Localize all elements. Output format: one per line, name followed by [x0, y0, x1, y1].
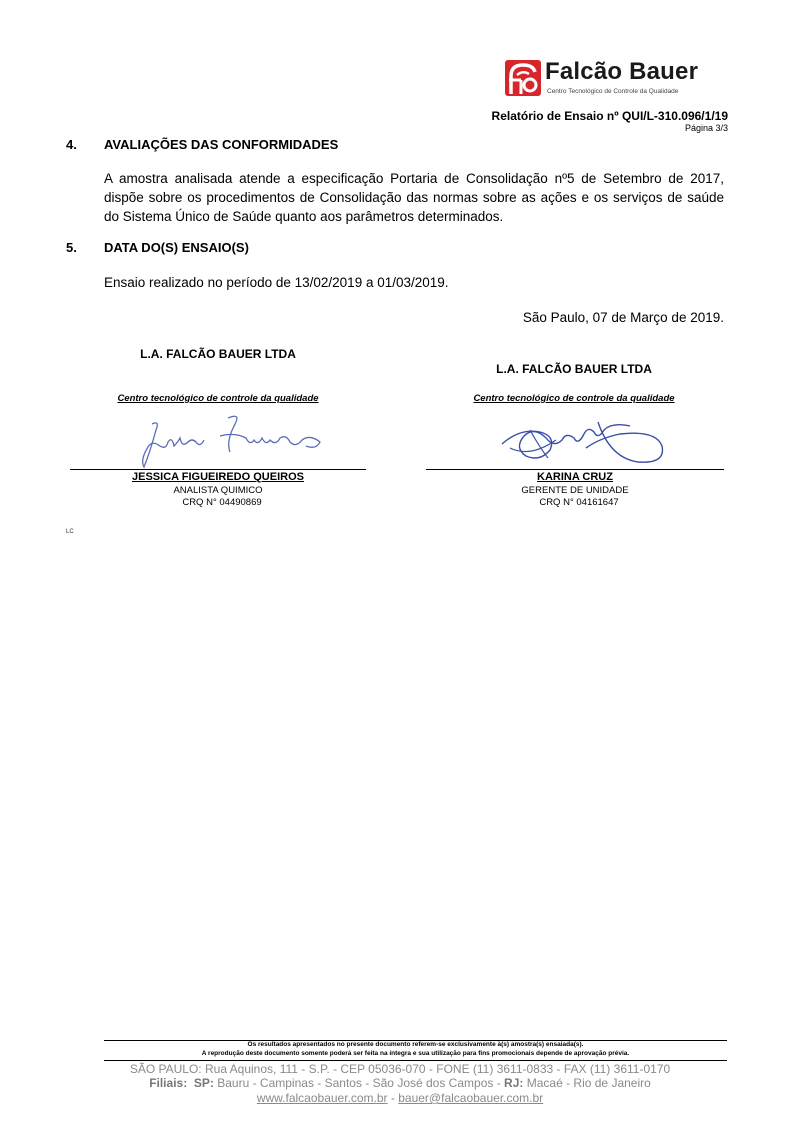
sp-label: SP:: [194, 1076, 214, 1090]
brand-tagline: Centro Tecnológico de Controle da Qualid…: [547, 88, 678, 95]
section-4-body: A amostra analisada atende a especificaç…: [104, 169, 724, 226]
company-logo: Falcão Bauer Centro Tecnológico de Contr…: [505, 60, 731, 98]
signature-1-subtitle: Centro tecnológico de controle da qualid…: [70, 393, 366, 404]
signature-1-company: L.A. FALCÃO BAUER LTDA: [70, 347, 366, 361]
footer-note-2: A reprodução deste documento somente pod…: [104, 1050, 727, 1057]
sp-cities: Bauru - Campinas - Santos - São José dos…: [217, 1076, 500, 1090]
signature-1-line: [70, 469, 366, 470]
footer-branches: Filiais: SP: Bauru - Campinas - Santos -…: [80, 1076, 720, 1090]
rj-label: RJ:: [504, 1076, 523, 1090]
contact-separator: -: [388, 1091, 399, 1105]
website-link[interactable]: www.falcaobauer.com.br: [257, 1091, 388, 1105]
signature-1-handwriting-icon: [130, 412, 330, 472]
initials: LC: [66, 529, 74, 535]
signature-2-name: KARINA CRUZ: [426, 471, 724, 483]
signature-2-subtitle: Centro tecnológico de controle da qualid…: [426, 393, 722, 404]
footer-contacts: www.falcaobauer.com.br - bauer@falcaobau…: [80, 1091, 720, 1105]
footer-bottom-divider: [104, 1060, 727, 1061]
branches-label: Filiais:: [149, 1076, 187, 1090]
footer-address: SÃO PAULO: Rua Aquinos, 111 - S.P. - CEP…: [80, 1062, 720, 1076]
signature-1-role: ANALISTA QUIMICO: [70, 485, 366, 496]
section-5-title: DATA DO(S) ENSAIO(S): [104, 240, 249, 255]
brand-name: Falcão Bauer: [545, 58, 698, 86]
signature-2-company: L.A. FALCÃO BAUER LTDA: [426, 362, 722, 376]
section-5-number: 5.: [66, 240, 77, 255]
section-4-number: 4.: [66, 137, 77, 152]
section-4-title: AVALIAÇÕES DAS CONFORMIDADES: [104, 137, 338, 152]
page-number: Página 3/3: [685, 123, 728, 133]
report-number: Relatório de Ensaio nº QUI/L-310.096/1/1…: [492, 109, 728, 123]
signature-1-crq: CRQ N° 04490869: [74, 497, 370, 508]
signature-2-handwriting-icon: [500, 418, 670, 468]
signature-2-line: [426, 469, 724, 470]
rj-cities: Macaé - Rio de Janeiro: [527, 1076, 651, 1090]
section-5-body: Ensaio realizado no período de 13/02/201…: [104, 273, 724, 292]
falcao-bauer-logo-icon: [505, 60, 541, 96]
signature-2-role: GERENTE DE UNIDADE: [426, 485, 724, 496]
signature-2-crq: CRQ N° 04161647: [430, 497, 728, 508]
footer-note-1: Os resultados apresentados no presente d…: [104, 1041, 727, 1048]
email-link[interactable]: bauer@falcaobauer.com.br: [398, 1091, 543, 1105]
signature-1-name: JESSICA FIGUEIREDO QUEIROS: [70, 471, 366, 483]
city-date: São Paulo, 07 de Março de 2019.: [523, 310, 724, 325]
